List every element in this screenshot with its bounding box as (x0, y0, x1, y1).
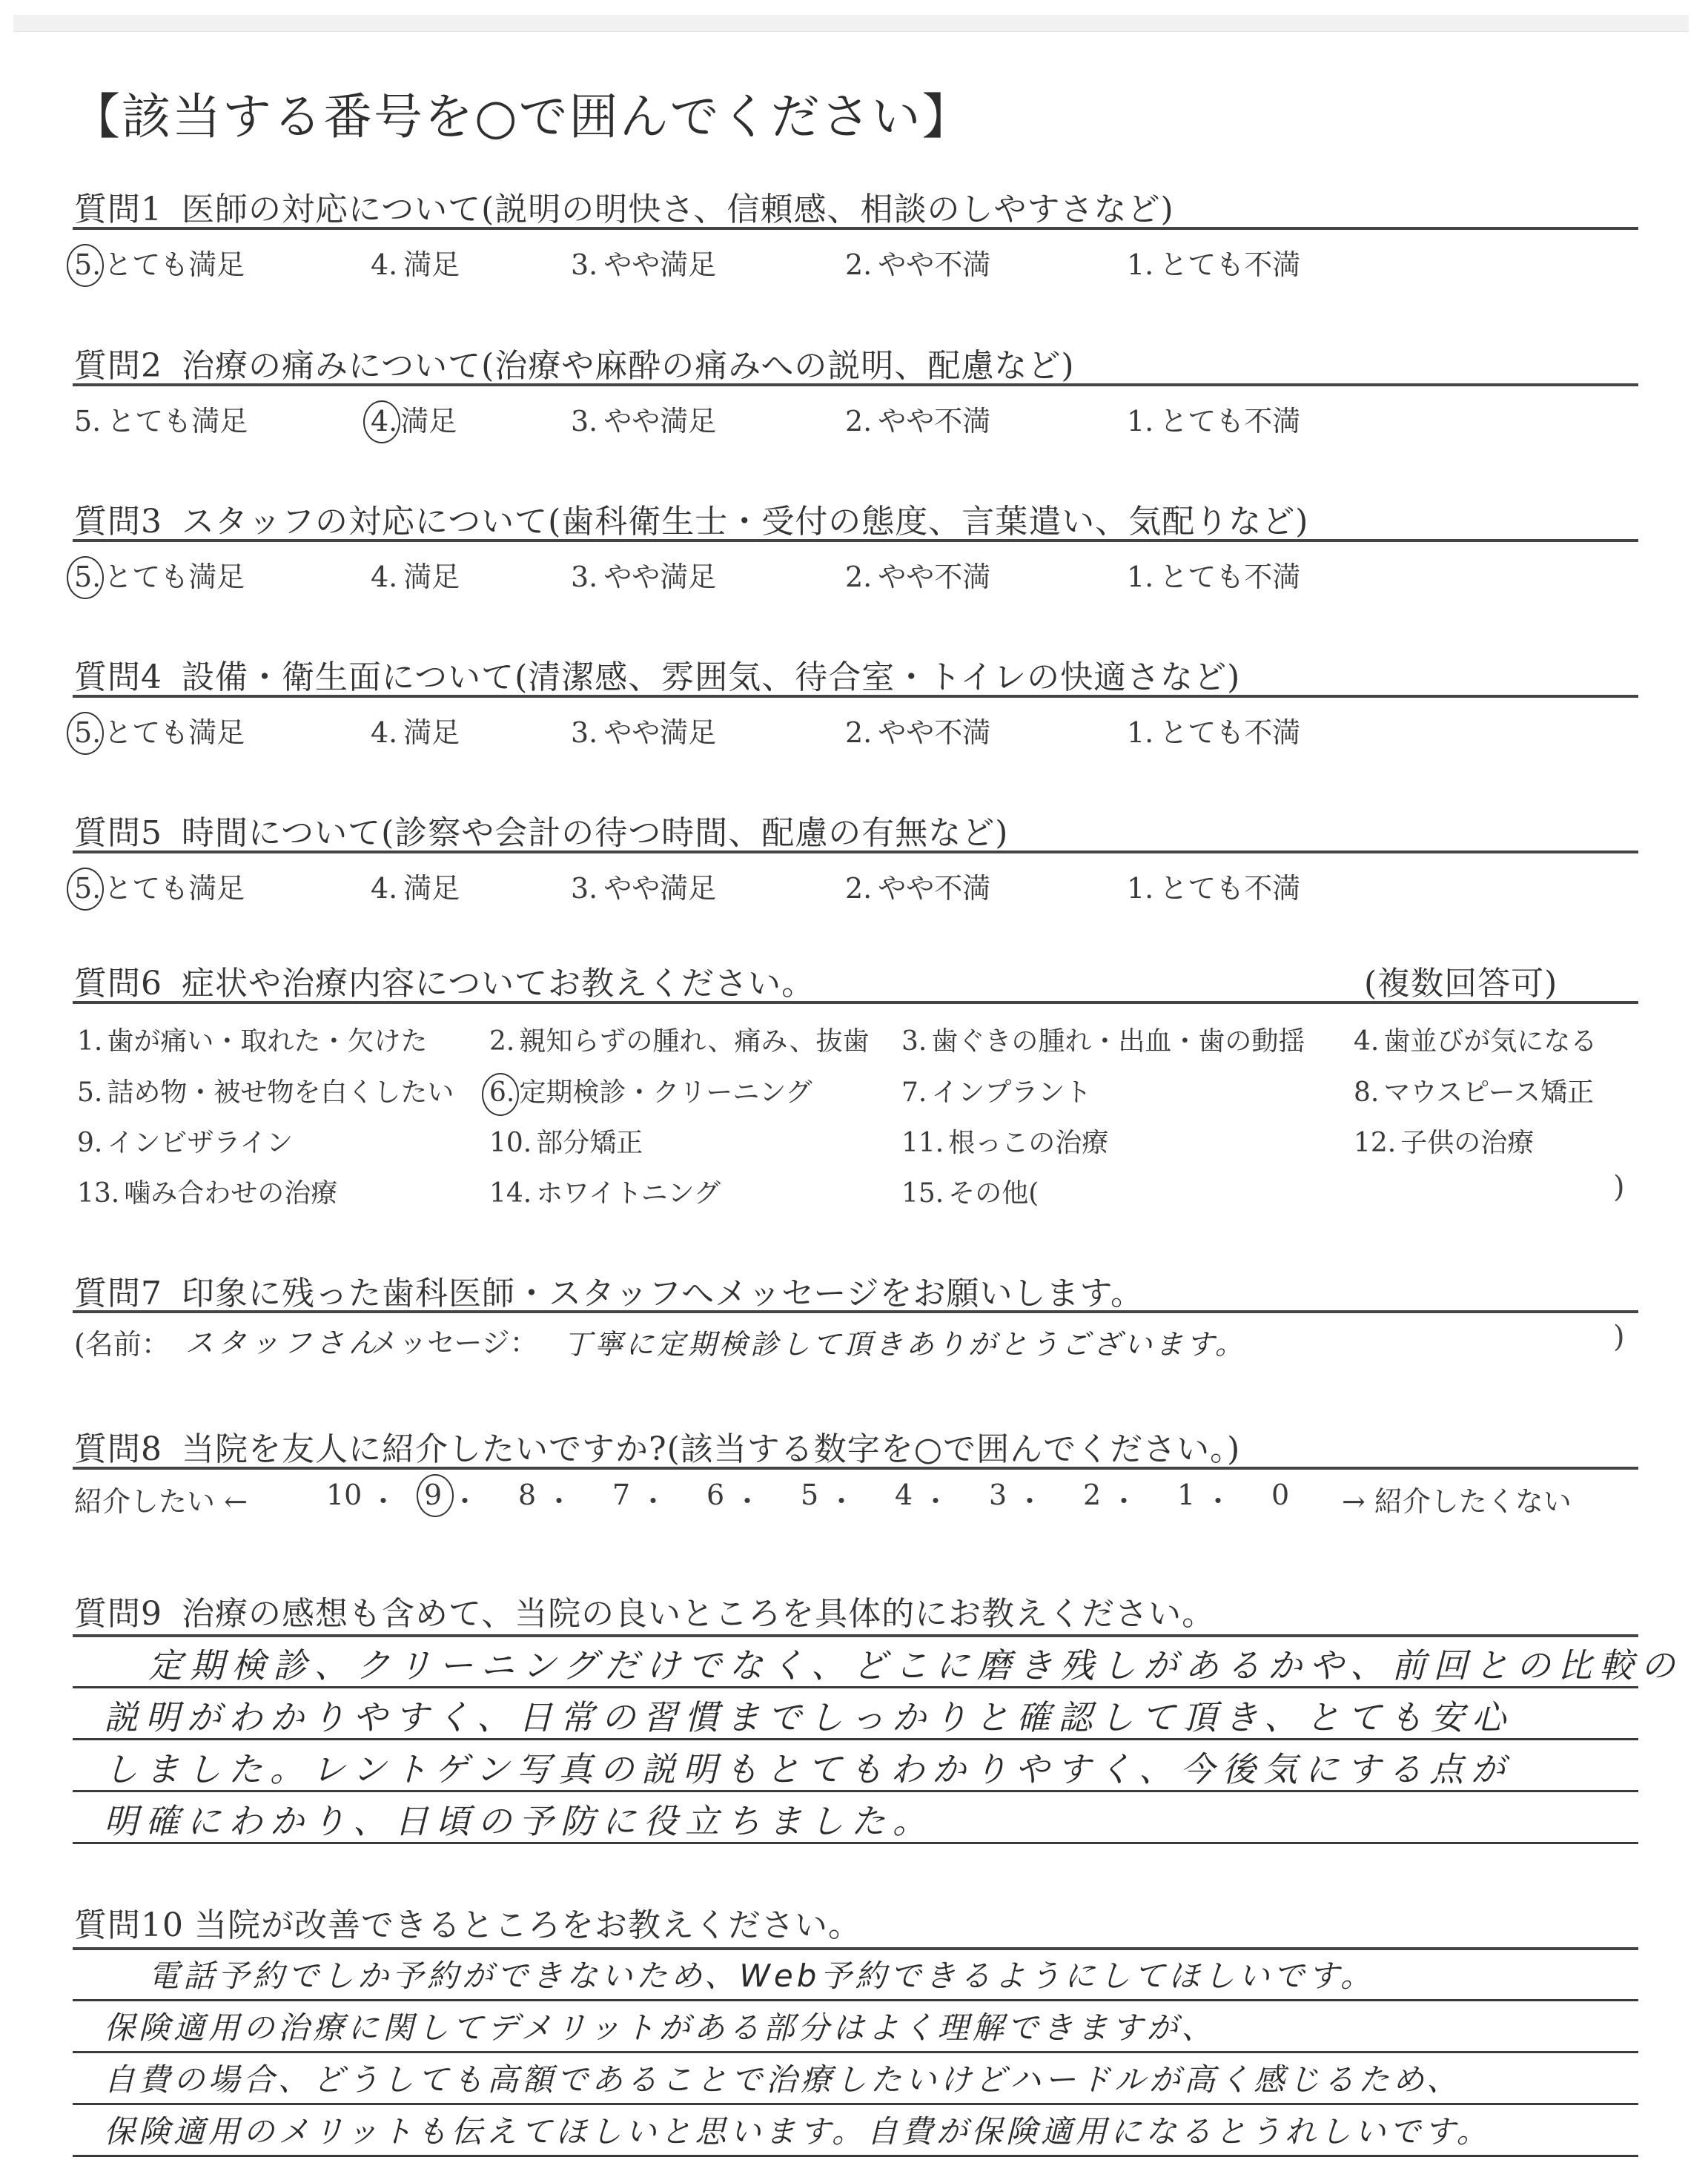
score-separator: ・ (369, 1479, 397, 1519)
recommend-score-4[interactable]: 4 (895, 1479, 913, 1511)
question-text: 治療の痛みについて(治療や麻酔の痛みへの説明、配慮など) (182, 347, 1075, 385)
question-rule (73, 695, 1638, 698)
rating-option-3[interactable]: 3.やや満足 (571, 398, 716, 439)
score-number: 5 (801, 1479, 818, 1511)
option-label: とても不満 (1159, 716, 1300, 749)
symptom-option-14[interactable]: 14.ホワイトニング (489, 1172, 721, 1210)
question-text: 時間について(診察や会計の待つ時間、配慮の有無など) (182, 814, 1008, 852)
recommend-score-8[interactable]: 8 (518, 1479, 536, 1511)
rating-option-1[interactable]: 1.とても不満 (1127, 398, 1300, 439)
scan-top-edge (13, 15, 1689, 32)
q8-title: 質問8当院を友人に紹介したいですか?(該当する数字を○で囲んでください。) (74, 1422, 1240, 1470)
question-title: 質問3スタッフの対応について(歯科衛生士・受付の態度、言葉遣い、気配りなど) (74, 495, 1308, 542)
rating-option-2[interactable]: 2.やや不満 (845, 242, 990, 283)
symptom-option-5[interactable]: 5.詰め物・被せ物を白くしたい (77, 1071, 454, 1109)
option-number: 3. (571, 716, 598, 749)
rating-option-5[interactable]: 5.とても満足 (74, 242, 245, 283)
answer-rule (73, 2103, 1638, 2105)
option-label: インプラント (931, 1077, 1091, 1108)
q7-message-field[interactable]: 丁寧に定期検診して頂きありがとうございます。 (563, 1321, 1246, 1362)
score-number: 1 (1177, 1479, 1195, 1511)
option-label: 子供の治療 (1400, 1128, 1534, 1158)
symptom-option-6[interactable]: 6.定期検診・クリーニング (489, 1071, 812, 1109)
option-label: その他( (948, 1178, 1039, 1209)
question-title: 質問1医師の対応について(説明の明快さ、信頼感、相談のしやすさなど) (74, 182, 1174, 230)
q7-close: ) (1613, 1320, 1625, 1354)
score-separator: ・ (1110, 1479, 1138, 1519)
option-number: 4. (1354, 1026, 1379, 1057)
score-separator: ・ (921, 1479, 950, 1519)
circled-number: 9 (424, 1479, 442, 1511)
q7-message-label: メッセージ： (371, 1320, 538, 1361)
rating-option-1[interactable]: 1.とても不満 (1127, 554, 1300, 595)
option-label: やや満足 (603, 561, 716, 593)
question-number: 質問5 (74, 814, 162, 852)
q6-rule (73, 1001, 1638, 1004)
answer-rule (73, 1842, 1638, 1844)
rating-option-1[interactable]: 1.とても不満 (1127, 865, 1300, 906)
option-number: 4. (371, 872, 397, 905)
q9-text: 治療の感想も含めて、当院の良いところを具体的にお教えください。 (182, 1595, 1215, 1633)
option-label: 歯ぐきの腫れ・出血・歯の動揺 (931, 1026, 1305, 1057)
score-number: 7 (612, 1479, 630, 1511)
circled-number: 5. (74, 248, 101, 281)
option-label: とても満足 (104, 716, 245, 749)
rating-option-3[interactable]: 3.やや満足 (571, 710, 716, 750)
score-number: 3 (989, 1479, 1007, 1511)
circled-number: 5. (74, 716, 101, 749)
q9-rule (73, 1634, 1638, 1637)
question-rule (73, 227, 1638, 230)
option-number: 5. (74, 405, 101, 437)
circled-number: 4. (371, 405, 397, 437)
q8-rule (73, 1467, 1638, 1470)
rating-option-3[interactable]: 3.やや満足 (571, 865, 716, 906)
question-rule (73, 539, 1638, 542)
q10-answer-line[interactable]: 保険適用のメリットも伝えてほしいと思います。自費が保険適用になるとうれしいです。 (104, 2107, 1492, 2152)
option-number: 1. (1127, 716, 1153, 749)
q10-answer-line[interactable]: 自費の場合、どうしても高額であることで治療したいけどハードルが高く感じるため、 (104, 2055, 1461, 2100)
symptom-option-3[interactable]: 3.歯ぐきの腫れ・出血・歯の動揺 (901, 1020, 1305, 1058)
option-number: 3. (571, 561, 598, 593)
option-number: 2. (845, 872, 872, 905)
answer-rule (73, 2155, 1638, 2157)
question-title: 質問2治療の痛みについて(治療や麻酔の痛みへの説明、配慮など) (74, 339, 1075, 386)
option-number: 2. (845, 716, 872, 749)
option-number: 1. (1127, 872, 1153, 905)
option-label: 満足 (403, 716, 460, 749)
rating-option-2[interactable]: 2.やや不満 (845, 710, 990, 750)
question-text: 医師の対応について(説明の明快さ、信頼感、相談のしやすさなど) (182, 191, 1174, 228)
option-label: やや不満 (878, 405, 990, 437)
option-label: やや不満 (878, 248, 990, 281)
recommend-score-9[interactable]: 9 (424, 1479, 442, 1511)
rating-option-3[interactable]: 3.やや満足 (571, 554, 716, 595)
rating-option-4[interactable]: 4.満足 (371, 710, 460, 750)
option-number: 1. (77, 1026, 102, 1057)
answer-rule (73, 1790, 1638, 1792)
option-label: 根っこの治療 (948, 1128, 1108, 1158)
recommend-score-5[interactable]: 5 (801, 1479, 818, 1511)
rating-option-5[interactable]: 5.とても満足 (74, 554, 245, 595)
score-separator: ・ (545, 1479, 573, 1519)
rating-option-5[interactable]: 5.とても満足 (74, 398, 248, 439)
option-label: とても満足 (107, 405, 248, 437)
option-number: 2. (845, 248, 872, 281)
option-label: とても不満 (1159, 405, 1300, 437)
rating-option-1[interactable]: 1.とても不満 (1127, 242, 1300, 283)
question-number: 質問2 (74, 347, 162, 385)
recommend-score-10[interactable]: 10 (326, 1479, 362, 1511)
option-number: 9. (77, 1128, 102, 1158)
option-label: とても不満 (1159, 872, 1300, 905)
q10-answer-line[interactable]: 保険適用の治療に関してデメリットがある部分はよく理解できますが、 (104, 2004, 1217, 2048)
option-number: 3. (571, 405, 598, 437)
q10-answer-line[interactable]: 電話予約でしか予約ができないため、Web予約できるようにしてほしいです。 (148, 1952, 1375, 1996)
recommend-score-6[interactable]: 6 (706, 1479, 724, 1511)
option-label: やや満足 (603, 405, 716, 437)
option-label: やや満足 (603, 248, 716, 281)
option-number: 1. (1127, 561, 1153, 593)
option-number: 4. (371, 248, 397, 281)
score-number: 4 (895, 1479, 913, 1511)
option-number: 13. (77, 1178, 119, 1209)
option-number: 12. (1354, 1128, 1396, 1158)
q9-title: 質問9治療の感想も含めて、当院の良いところを具体的にお教えください。 (74, 1587, 1215, 1634)
question-number: 質問3 (74, 503, 162, 541)
answer-rule (73, 1999, 1638, 2001)
score-separator: ・ (733, 1479, 761, 1519)
q6-number: 質問6 (74, 965, 162, 1003)
score-number: 0 (1271, 1479, 1289, 1511)
q7-name-field[interactable]: スタッフさん (185, 1320, 381, 1361)
rating-option-1[interactable]: 1.とても不満 (1127, 710, 1300, 750)
option-number: 15. (901, 1178, 944, 1209)
question-text: スタッフの対応について(歯科衛生士・受付の態度、言葉遣い、気配りなど) (182, 503, 1308, 541)
rating-option-4[interactable]: 4.満足 (371, 865, 460, 906)
option-number: 1. (1127, 248, 1153, 281)
score-number: 6 (706, 1479, 724, 1511)
option-label: 満足 (400, 405, 457, 437)
question-number: 質問1 (74, 191, 162, 228)
rating-option-2[interactable]: 2.やや不満 (845, 865, 990, 906)
q8-right-label: → 紹介したくない (1342, 1479, 1572, 1519)
q8-text: 当院を友人に紹介したいですか?(該当する数字を○で囲んでください。) (182, 1430, 1240, 1468)
symptom-option-2[interactable]: 2.親知らずの腫れ、痛み、抜歯 (489, 1020, 870, 1058)
option-label: とても不満 (1159, 248, 1300, 281)
symptom-option-12[interactable]: 12.子供の治療 (1354, 1122, 1534, 1160)
question-title: 質問4設備・衛生面について(清潔感、雰囲気、待合室・トイレの快適さなど) (74, 650, 1240, 698)
page-title: 【該当する番号を○で囲んでください】 (71, 77, 973, 148)
q7-text: 印象に残った歯科医師・スタッフへメッセージをお願いします。 (182, 1275, 1144, 1312)
symptom-option-4[interactable]: 4.歯並びが気になる (1354, 1020, 1597, 1058)
rating-option-4[interactable]: 4.満足 (371, 554, 460, 595)
q6-text: 症状や治療内容についてお教えください。 (182, 965, 815, 1003)
option-label: とても満足 (104, 872, 245, 905)
option-label: とても満足 (104, 248, 245, 281)
score-number: 2 (1083, 1479, 1101, 1511)
option-label: とても不満 (1159, 561, 1300, 593)
rating-option-2[interactable]: 2.やや不満 (845, 398, 990, 439)
option-label: 定期検診・クリーニング (519, 1077, 812, 1108)
option-label: 部分矯正 (536, 1128, 643, 1158)
answer-rule (73, 1686, 1638, 1688)
question-number: 質問4 (74, 658, 162, 696)
q6-other-close: ) (1613, 1170, 1625, 1204)
option-label: やや不満 (878, 716, 990, 749)
option-number: 2. (845, 561, 872, 593)
q9-answer-line[interactable]: 定期検診、クリーニングだけでなく、どこに磨き残しがあるかや、前回との比較の (148, 1639, 1682, 1688)
q10-title: 質問10当院が改善できるところをお教えください。 (74, 1898, 861, 1946)
q9-answer-line[interactable]: 明確にわかり、日頃の予防に役立ちました。 (104, 1794, 934, 1843)
option-label: 噛み合わせの治療 (124, 1178, 337, 1209)
symptom-option-9[interactable]: 9.インビザライン (77, 1122, 293, 1160)
question-rule (73, 383, 1638, 386)
circled-number: 5. (74, 872, 101, 905)
option-label: やや満足 (603, 716, 716, 749)
symptom-option-11[interactable]: 11.根っこの治療 (901, 1122, 1108, 1160)
option-number: 10. (489, 1128, 532, 1158)
recommend-score-3[interactable]: 3 (989, 1479, 1007, 1511)
question-text: 設備・衛生面について(清潔感、雰囲気、待合室・トイレの快適さなど) (182, 658, 1240, 696)
q10-text: 当院が改善できるところをお教えください。 (194, 1906, 861, 1944)
circled-number: 5. (74, 561, 101, 593)
option-number: 14. (489, 1178, 532, 1209)
rating-option-5[interactable]: 5.とても満足 (74, 865, 245, 906)
option-number: 3. (901, 1026, 927, 1057)
option-number: 7. (901, 1077, 927, 1108)
answer-rule (73, 1738, 1638, 1740)
option-label: やや不満 (878, 872, 990, 905)
q7-number: 質問7 (74, 1275, 162, 1312)
option-number: 2. (489, 1026, 514, 1057)
option-number: 3. (571, 248, 598, 281)
option-number: 8. (1354, 1077, 1379, 1108)
option-number: 4. (371, 561, 397, 593)
score-number: 8 (518, 1479, 536, 1511)
score-separator: ・ (827, 1479, 855, 1519)
option-number: 3. (571, 872, 598, 905)
question-rule (73, 851, 1638, 853)
rating-option-3[interactable]: 3.やや満足 (571, 242, 716, 283)
symptom-option-13[interactable]: 13.噛み合わせの治療 (77, 1172, 337, 1210)
score-separator: ・ (1204, 1479, 1232, 1519)
option-label: ホワイトニング (536, 1178, 721, 1209)
recommend-score-2[interactable]: 2 (1083, 1479, 1101, 1511)
score-separator: ・ (1016, 1479, 1044, 1519)
q7-title: 質問7印象に残った歯科医師・スタッフへメッセージをお願いします。 (74, 1266, 1144, 1314)
option-label: 満足 (403, 561, 460, 593)
option-label: インビザライン (107, 1128, 293, 1158)
recommend-score-0[interactable]: 0 (1271, 1479, 1289, 1511)
option-number: 1. (1127, 405, 1153, 437)
option-label: 満足 (403, 248, 460, 281)
option-label: とても満足 (104, 561, 245, 593)
q8-left-label: 紹介したい ← (74, 1479, 248, 1519)
q7-name-label: (名前： (74, 1321, 170, 1362)
q8-number: 質問8 (74, 1430, 162, 1468)
symptom-option-15[interactable]: 15.その他( (901, 1172, 1039, 1210)
option-label: 歯並びが気になる (1383, 1026, 1597, 1057)
option-label: 歯が痛い・取れた・欠けた (107, 1026, 427, 1057)
q9-answer-line[interactable]: 説明がわかりやすく、日常の習慣までしっかりと確認して頂き、とても安心 (104, 1691, 1513, 1740)
recommend-score-1[interactable]: 1 (1177, 1479, 1195, 1511)
symptom-option-7[interactable]: 7.インプラント (901, 1071, 1091, 1109)
q6-note: (複数回答可) (1364, 957, 1558, 1004)
score-separator: ・ (451, 1479, 479, 1519)
option-number: 11. (901, 1128, 944, 1158)
score-number: 10 (326, 1479, 362, 1511)
option-label: マウスピース矯正 (1383, 1077, 1594, 1108)
option-label: 満足 (403, 872, 460, 905)
question-title: 質問5時間について(診察や会計の待つ時間、配慮の有無など) (74, 806, 1008, 853)
symptom-option-1[interactable]: 1.歯が痛い・取れた・欠けた (77, 1020, 427, 1058)
q10-rule (73, 1947, 1638, 1950)
option-number: 4. (371, 716, 397, 749)
option-number: 2. (845, 405, 872, 437)
symptom-option-8[interactable]: 8.マウスピース矯正 (1354, 1071, 1594, 1109)
option-label: 詰め物・被せ物を白くしたい (107, 1077, 454, 1108)
option-label: やや不満 (878, 561, 990, 593)
q10-number: 質問10 (74, 1906, 184, 1944)
q9-number: 質問9 (74, 1595, 162, 1633)
q6-title: 質問6症状や治療内容についてお教えください。 (74, 957, 815, 1004)
circled-number: 6. (489, 1077, 514, 1108)
symptom-option-10[interactable]: 10.部分矯正 (489, 1122, 643, 1160)
answer-rule (73, 2051, 1638, 2053)
recommend-score-7[interactable]: 7 (612, 1479, 630, 1511)
q7-rule (73, 1310, 1638, 1313)
score-separator: ・ (639, 1479, 667, 1519)
rating-option-5[interactable]: 5.とても満足 (74, 710, 245, 750)
rating-option-4[interactable]: 4.満足 (371, 398, 457, 439)
rating-option-2[interactable]: 2.やや不満 (845, 554, 990, 595)
rating-option-4[interactable]: 4.満足 (371, 242, 460, 283)
option-number: 5. (77, 1077, 102, 1108)
option-label: やや満足 (603, 872, 716, 905)
option-label: 親知らずの腫れ、痛み、抜歯 (519, 1026, 869, 1057)
q9-answer-line[interactable]: しました。レントゲン写真の説明もとてもわかりやすく、今後気にする点が (104, 1743, 1512, 1791)
